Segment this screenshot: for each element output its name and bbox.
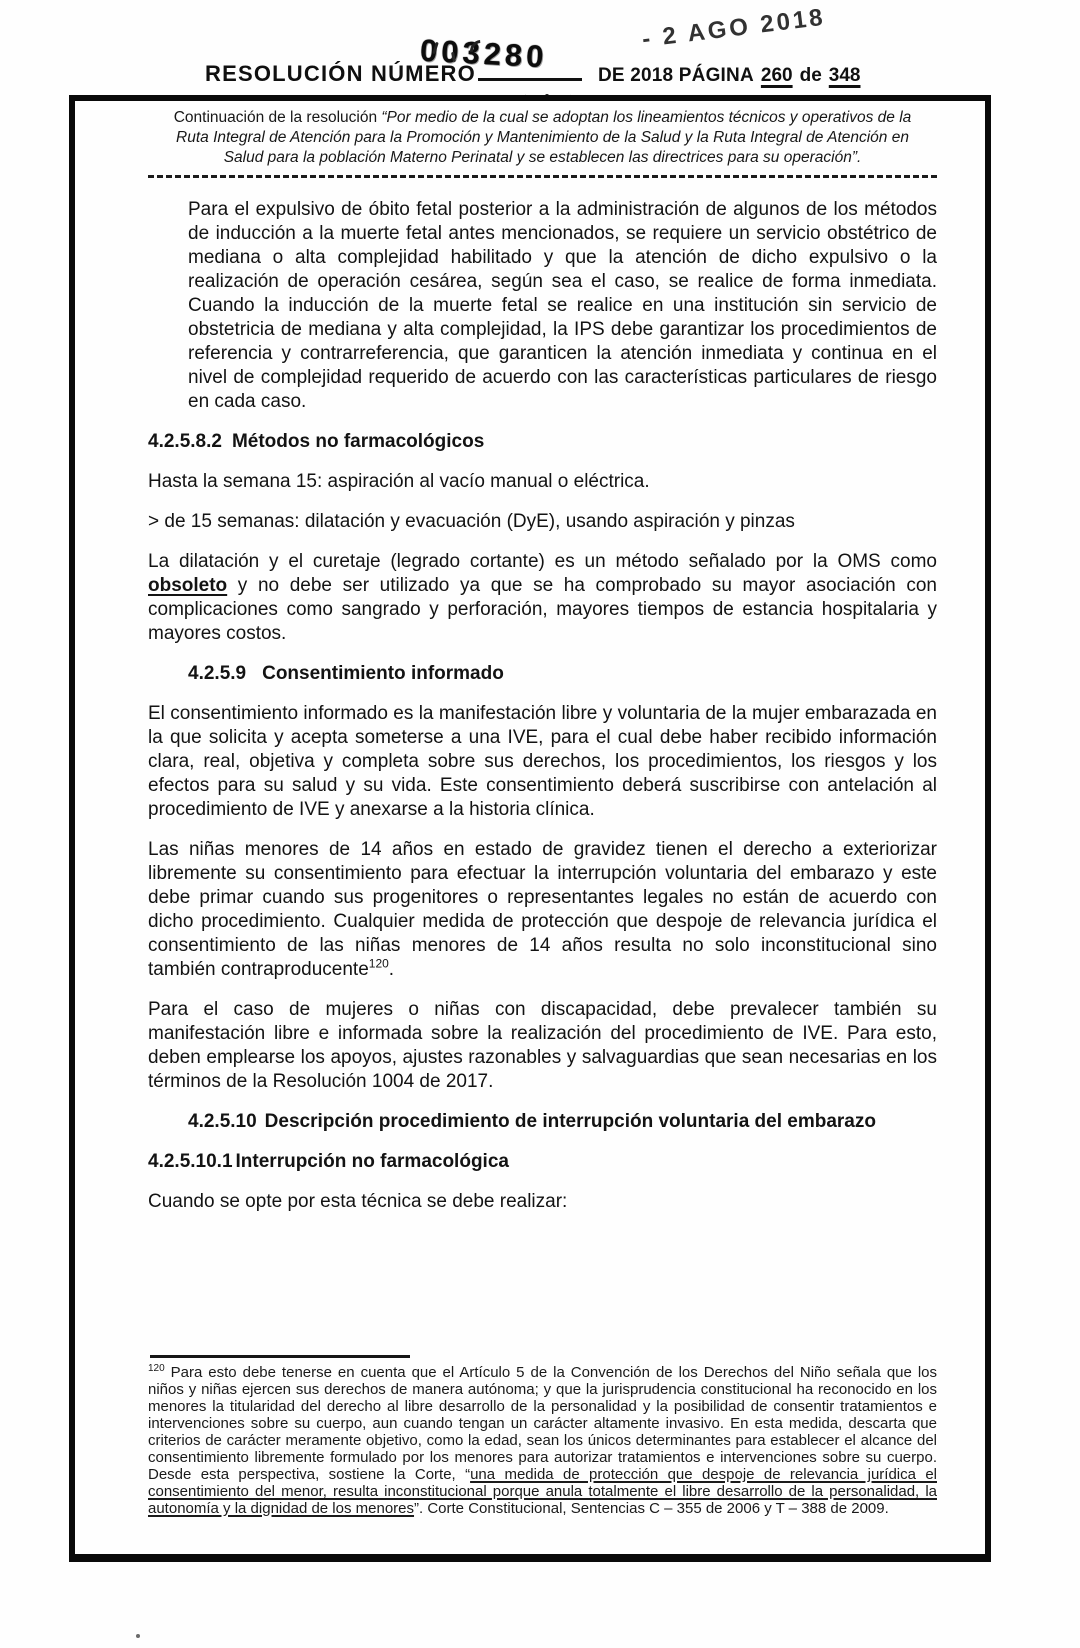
footnote-section: 120 Para esto debe tenerse en cuenta que…	[148, 1355, 937, 1517]
page-current: 260	[761, 65, 793, 87]
continuation-quote-1: “Por medio de la cual se adoptan los lin…	[381, 109, 911, 126]
heading-label: Consentimiento informado	[262, 663, 504, 684]
frame-content: Continuación de la resolución “Por medio…	[75, 101, 985, 1554]
footnote-reference-120: 120	[369, 957, 389, 971]
footnote-120: 120 Para esto debe tenerse en cuenta que…	[148, 1364, 937, 1517]
dashed-divider	[148, 175, 937, 178]
heading-metodos-no-farmacologicos: 4.2.5.8.2Métodos no farmacológicos	[148, 430, 937, 454]
para-expulsivo: Para el expulsivo de óbito fetal posteri…	[188, 198, 937, 414]
line-semana-15: Hasta la semana 15: aspiración al vacío …	[148, 470, 937, 494]
continuation-line-1: Continuación de la resolución “Por medio…	[148, 108, 937, 128]
continuation-quote-2: Ruta Integral de Atención para la Promoc…	[148, 128, 937, 148]
resolution-body: Para el expulsivo de óbito fetal posteri…	[148, 198, 937, 1214]
footnote-divider	[150, 1355, 410, 1358]
para-dilatacion-post: y no debe ser utilizado ya que se ha com…	[148, 575, 937, 644]
heading-number: 4.2.5.8.2	[148, 430, 222, 454]
heading-number: 4.2.5.10	[188, 1110, 257, 1134]
para-dilatacion-pre: La dilatación y el curetaje (legrado cor…	[148, 551, 937, 572]
para-discapacidad: Para el caso de mujeres o niñas con disc…	[148, 998, 937, 1094]
line-mayor-15-semanas: > de 15 semanas: dilatación y evacuación…	[148, 510, 937, 534]
para-ninas-menores: Las niñas menores de 14 años en estado d…	[148, 838, 937, 982]
heading-number: 4.2.5.9	[188, 662, 246, 686]
heading-consentimiento-informado: 4.2.5.9Consentimiento informado	[188, 662, 937, 686]
resolution-number-blank: 003280	[478, 56, 582, 81]
footnote-post: ”. Corte Constitucional, Sentencias C – …	[414, 1500, 889, 1517]
footnote-number: 120	[148, 1363, 165, 1374]
continuation-intro: Continuación de la resolución	[174, 109, 382, 126]
para-consentimiento: El consentimiento informado es la manife…	[148, 702, 937, 822]
obsoleto-emphasis: obsoleto	[148, 575, 227, 596]
line-cuando-se-opte: Cuando se opte por esta técnica se debe …	[148, 1190, 937, 1214]
content-frame: Continuación de la resolución “Por medio…	[69, 95, 991, 1562]
continuation-note: Continuación de la resolución “Por medio…	[148, 108, 937, 168]
scan-artifact-dot	[136, 1634, 140, 1638]
header-title-mid: DE 2018 PÁGINA	[598, 65, 754, 87]
heading-interrupcion-no-farmacologica: 4.2.5.10.1Interrupción no farmacológica	[148, 1150, 937, 1174]
heading-descripcion-procedimiento: 4.2.5.10Descripción procedimiento de int…	[188, 1110, 937, 1134]
para-dilatacion: La dilatación y el curetaje (legrado cor…	[148, 550, 937, 646]
header-title-de: de	[800, 65, 822, 87]
continuation-quote-3: Salud para la población Materno Perinata…	[148, 148, 937, 168]
heading-label: Métodos no farmacológicos	[232, 431, 484, 452]
para-ninas-pre: Las niñas menores de 14 años en estado d…	[148, 839, 937, 980]
date-stamp: - 2 AGO 2018	[641, 4, 828, 54]
heading-number: 4.2.5.10.1	[148, 1150, 233, 1174]
heading-label: Interrupción no farmacológica	[236, 1151, 509, 1172]
doc-header: RESOLUCIÓN NÚMERO 003280 DE 2018 PÁGINA …	[205, 56, 860, 87]
heading-label: Descripción procedimiento de interrupció…	[265, 1111, 876, 1132]
scanned-resolution-page: RESOLUCIÓN NÚMERO 003280 DE 2018 PÁGINA …	[0, 0, 1080, 1648]
page-total: 348	[829, 65, 861, 87]
para-ninas-post: .	[389, 959, 394, 980]
